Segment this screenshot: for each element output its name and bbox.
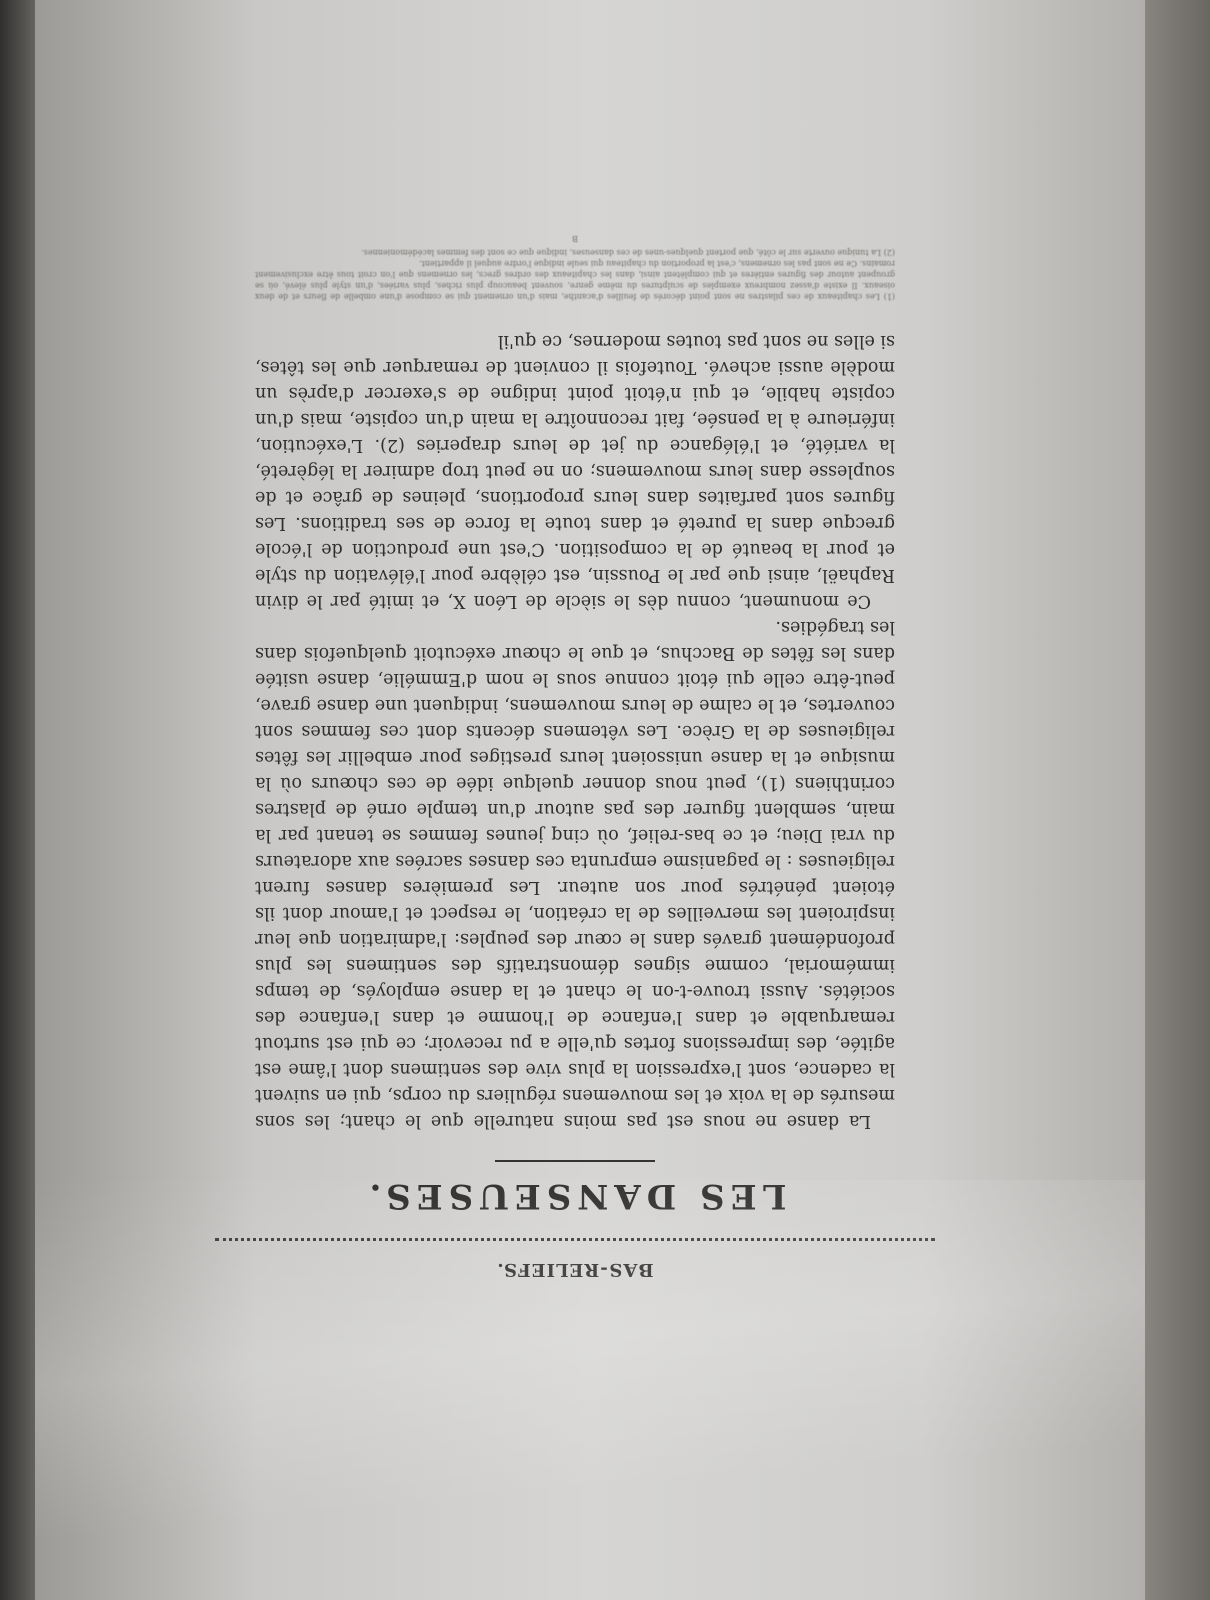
- page-text-block: BAS-RELIEFS. LES DANSEUSES. La danse ne …: [255, 233, 895, 1280]
- footnote: (2) La tunique ouverte sur le côté, que …: [255, 247, 895, 258]
- footnotes: (1) Les chapiteaux de ces pilastres ne s…: [255, 233, 895, 302]
- body-text: La danse ne nous est pas moins naturelle…: [255, 328, 895, 1134]
- title-rule: [495, 1160, 655, 1162]
- background-right: [1140, 0, 1210, 1600]
- page-signature: B: [255, 233, 895, 244]
- plastic-sleeve-reflection: [35, 1180, 1145, 1600]
- paragraph: La danse ne nous est pas moins naturelle…: [255, 614, 895, 1134]
- paragraph: Ce monument, connu dès le siècle de Léon…: [255, 328, 895, 614]
- footnote: (1) Les chapiteaux de ces pilastres ne s…: [255, 258, 895, 302]
- background-left: [0, 0, 40, 1600]
